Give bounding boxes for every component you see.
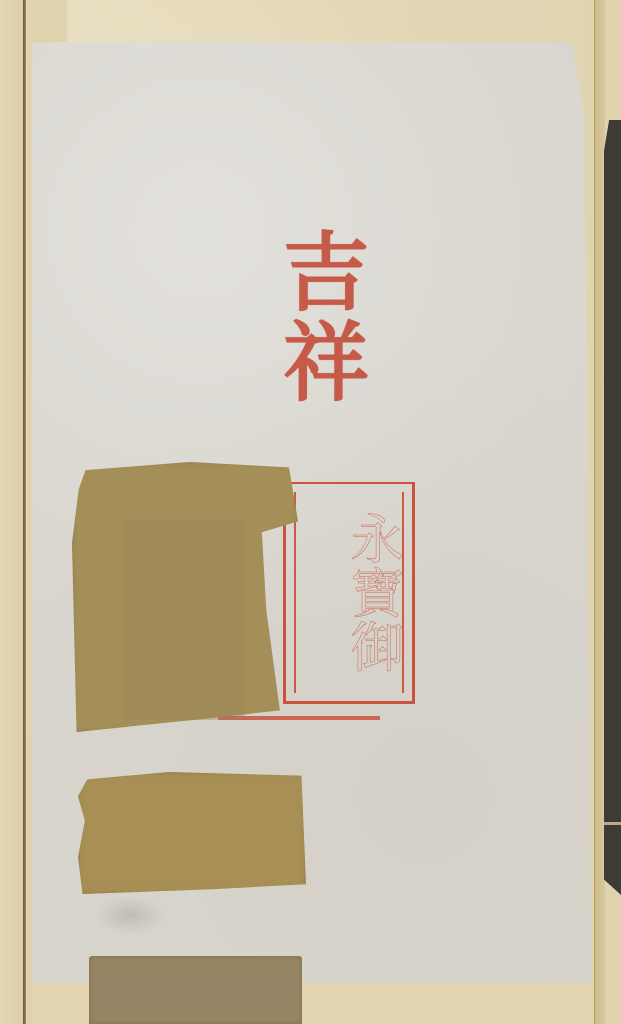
- repair-patch-upper-layer: [125, 520, 245, 720]
- repair-patch-middle: [78, 772, 306, 894]
- dark-panel-crease: [604, 822, 621, 825]
- binding-spine-line: [23, 0, 26, 1024]
- adjacent-dark-panel: [604, 120, 621, 895]
- scanned-album-leaf: 吉祥 永寶御: [0, 0, 621, 1024]
- seal-script-glyphs: 永寶御: [296, 492, 406, 692]
- left-mount-strip: [0, 0, 24, 1024]
- repair-patch-lower: [89, 956, 302, 1024]
- right-mount-fold: [594, 0, 605, 1024]
- auspicious-seal-inscription: 吉祥: [266, 212, 366, 422]
- ink-smudge: [95, 895, 165, 935]
- square-seal-impression: 永寶御: [283, 482, 415, 704]
